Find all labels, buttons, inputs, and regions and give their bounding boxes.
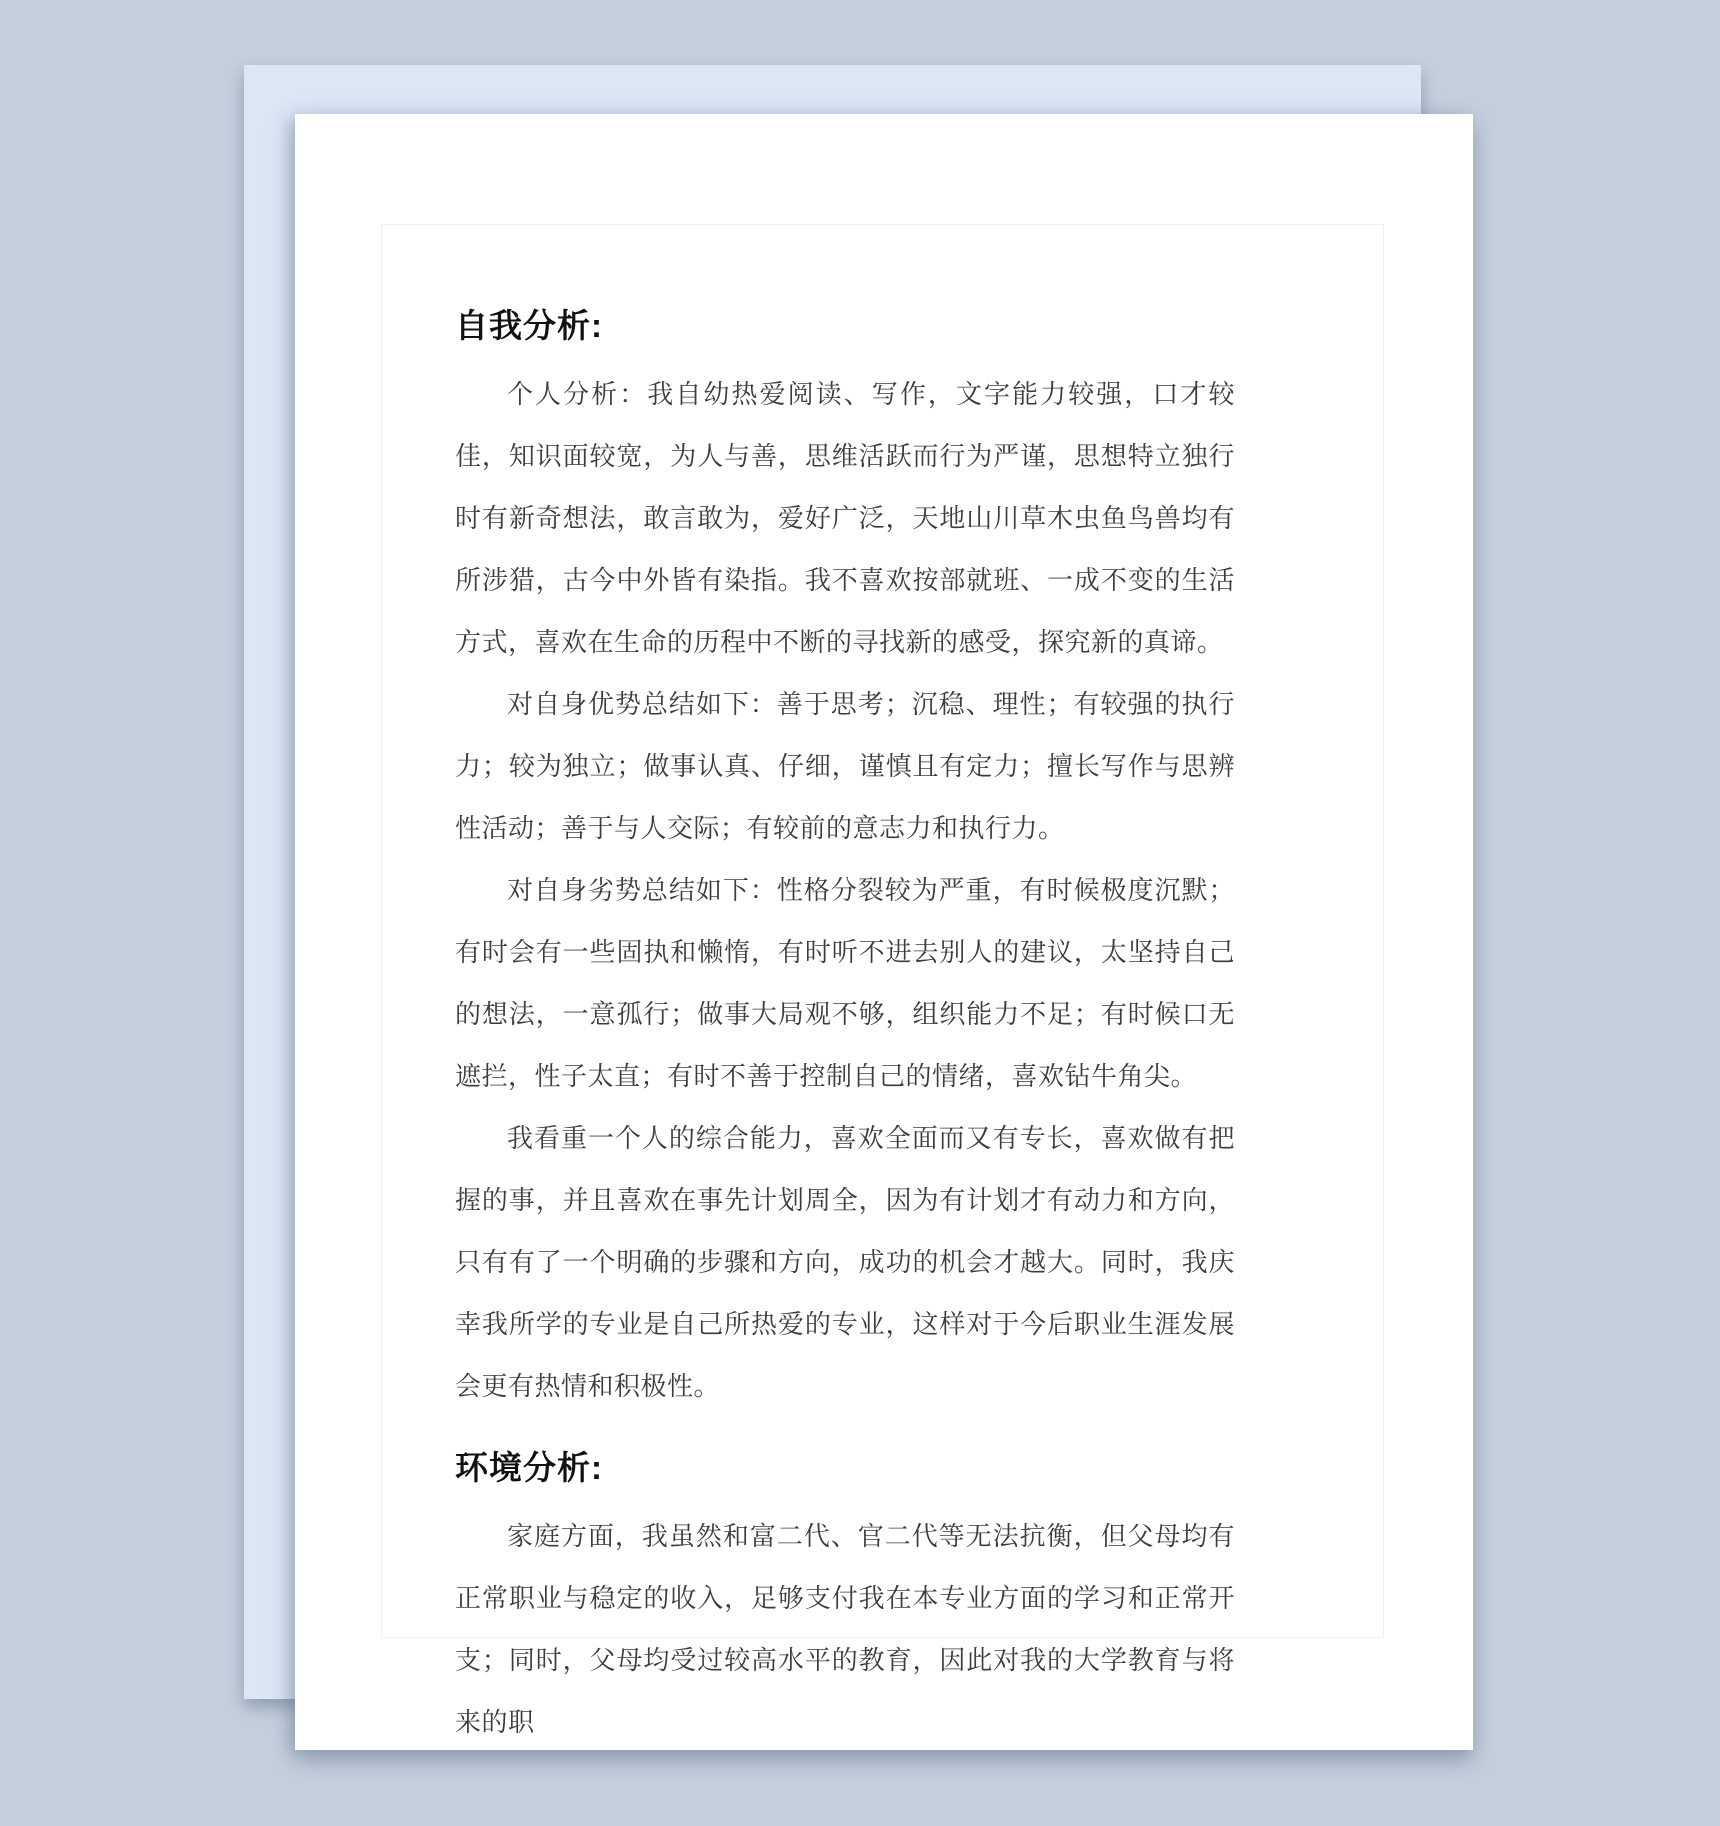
canvas-background: 自我分析: 个人分析：我自幼热爱阅读、写作，文字能力较强，口才较佳，知识面较宽，… xyxy=(0,0,1720,1826)
paragraph-values: 我看重一个人的综合能力，喜欢全面而又有专长，喜欢做有把握的事，并且喜欢在事先计划… xyxy=(455,1108,1235,1418)
paragraph-weaknesses: 对自身劣势总结如下：性格分裂较为严重，有时候极度沉默；有时会有一些固执和懒惰，有… xyxy=(455,860,1235,1108)
section-heading-self-analysis: 自我分析: xyxy=(455,302,1235,350)
document-content: 自我分析: 个人分析：我自幼热爱阅读、写作，文字能力较强，口才较佳，知识面较宽，… xyxy=(455,114,1235,1754)
paragraph-personal-analysis: 个人分析：我自幼热爱阅读、写作，文字能力较强，口才较佳，知识面较宽，为人与善，思… xyxy=(455,364,1235,674)
paragraph-family-environment: 家庭方面，我虽然和富二代、官二代等无法抗衡，但父母均有正常职业与稳定的收入，足够… xyxy=(455,1506,1235,1754)
section-heading-environment-analysis: 环境分析: xyxy=(455,1444,1235,1492)
document-page: 自我分析: 个人分析：我自幼热爱阅读、写作，文字能力较强，口才较佳，知识面较宽，… xyxy=(295,114,1473,1750)
paragraph-strengths: 对自身优势总结如下：善于思考；沉稳、理性；有较强的执行力；较为独立；做事认真、仔… xyxy=(455,674,1235,860)
